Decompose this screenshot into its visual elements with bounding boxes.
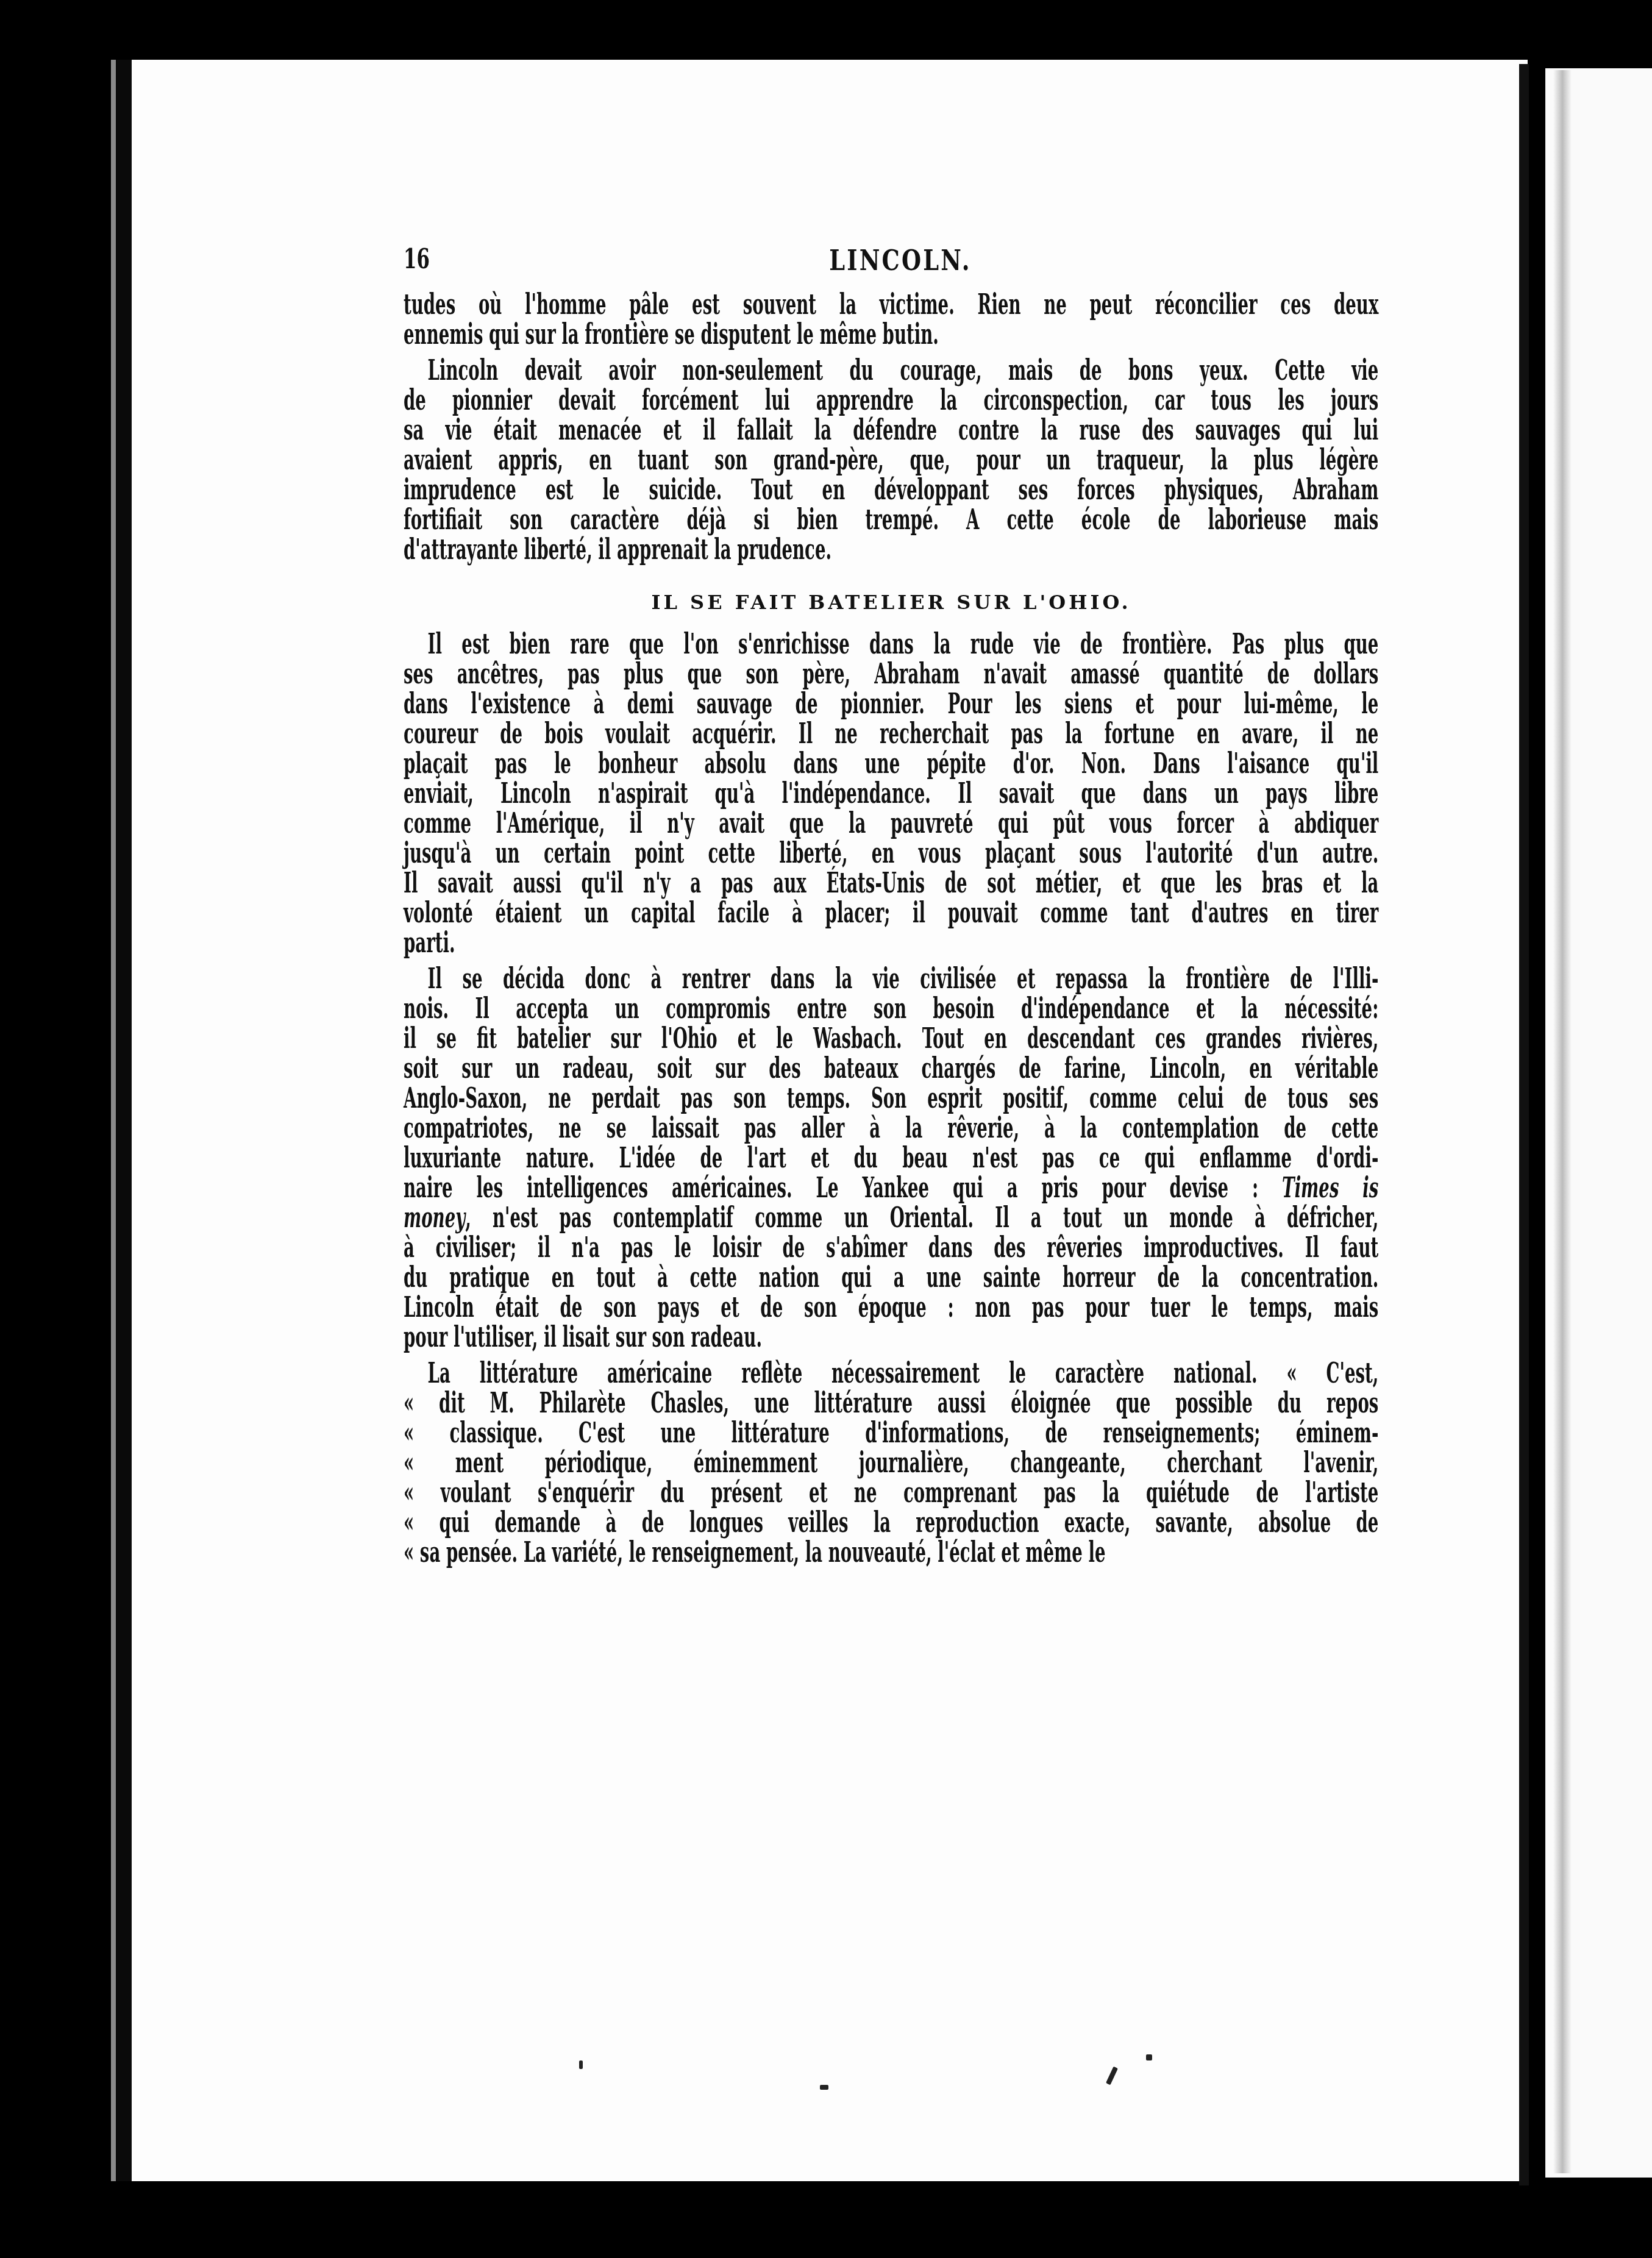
text-line: parti. (404, 928, 1378, 958)
page-header: 16 LINCOLN. (404, 244, 1397, 280)
scan-speck (579, 2060, 583, 2069)
text-line: nois. Il accepta un compromis entre son … (404, 994, 1378, 1024)
scan-speck (1146, 2054, 1152, 2060)
text-line: « qui demande à de longues veilles la re… (404, 1508, 1378, 1537)
text-line: « ment périodique, éminemment journalièr… (404, 1448, 1378, 1478)
section-heading: IL SE FAIT BATELIER SUR L'OHIO. (404, 573, 1379, 629)
running-head: LINCOLN. (503, 244, 1298, 277)
text-line: « voulant s'enquérir du présent et ne co… (404, 1478, 1378, 1508)
scan-speck (820, 2085, 828, 2090)
body-text: tudes où l'homme pâle est souvent la vic… (404, 290, 1379, 1573)
text-line: Il est bien rare que l'on s'enrichisse d… (404, 629, 1378, 659)
text-line: ses ancêtres, pas plus que son père, Abr… (404, 659, 1378, 689)
text-line: il se fit batelier sur l'Ohio et le Wasb… (404, 1024, 1378, 1053)
text-line: enviait, Lincoln n'aspirait qu'à l'indép… (404, 778, 1378, 808)
text-line: Il savait aussi qu'il n'y a pas aux État… (404, 868, 1378, 898)
text-line: « dit M. Philarète Chasles, une littérat… (404, 1388, 1378, 1418)
text-line: volonté étaient un capital facile à plac… (404, 898, 1378, 928)
facing-page-shadow (1553, 70, 1572, 2173)
text-line: Il se décida donc à rentrer dans la vie … (404, 964, 1378, 994)
text-line: soit sur un radeau, soit sur des bateaux… (404, 1053, 1378, 1083)
text-line: à civiliser; il n'a pas le loisir de s'a… (404, 1233, 1378, 1263)
text-line: du pratique en tout à cette nation qui a… (404, 1263, 1378, 1292)
text-line: comme l'Amérique, il n'y avait que la pa… (404, 808, 1378, 838)
text-line: « classique. C'est une littérature d'inf… (404, 1418, 1378, 1448)
text-line: La littérature américaine reflète nécess… (404, 1358, 1378, 1388)
text-line: avaient appris, en tuant son grand-père,… (404, 445, 1378, 475)
text-line: coureur de bois voulait acquérir. Il ne … (404, 719, 1378, 749)
text-line: pour l'utiliser, il lisait sur son radea… (404, 1322, 1378, 1352)
text-line: money, n'est pas contemplatif comme un O… (404, 1203, 1378, 1233)
page-number: 16 (404, 244, 430, 275)
page-gutter-edge (1519, 64, 1529, 2185)
text-line: de pionnier devait forcément lui apprend… (404, 385, 1378, 415)
text-line: compatriotes, ne se laissait pas aller à… (404, 1113, 1378, 1143)
text-line: ennemis qui sur la frontière se disputen… (404, 319, 1378, 349)
text-line: sa vie était menacée et il fallait la dé… (404, 415, 1378, 445)
text-line: jusqu'à un certain point cette liberté, … (404, 838, 1378, 868)
text-line: d'attrayante liberté, il apprenait la pr… (404, 535, 1378, 564)
text-line: Lincoln devait avoir non-seulement du co… (404, 355, 1378, 385)
text-line: « sa pensée. La variété, le renseignemen… (404, 1537, 1378, 1567)
text-line: dans l'existence à demi sauvage de pionn… (404, 689, 1378, 719)
text-line: naire les intelligences américaines. Le … (404, 1173, 1378, 1203)
text-line: fortifiait son caractère déjà si bien tr… (404, 505, 1378, 535)
text-line: tudes où l'homme pâle est souvent la vic… (404, 290, 1378, 319)
text-line: Lincoln était de son pays et de son époq… (404, 1292, 1378, 1322)
text-line: Anglo-Saxon, ne perdait pas son temps. S… (404, 1083, 1378, 1113)
text-line: imprudence est le suicide. Tout en dével… (404, 475, 1378, 505)
text-line: luxuriante nature. L'idée de l'art et du… (404, 1143, 1378, 1173)
text-line: plaçait pas le bonheur absolu dans une p… (404, 749, 1378, 778)
